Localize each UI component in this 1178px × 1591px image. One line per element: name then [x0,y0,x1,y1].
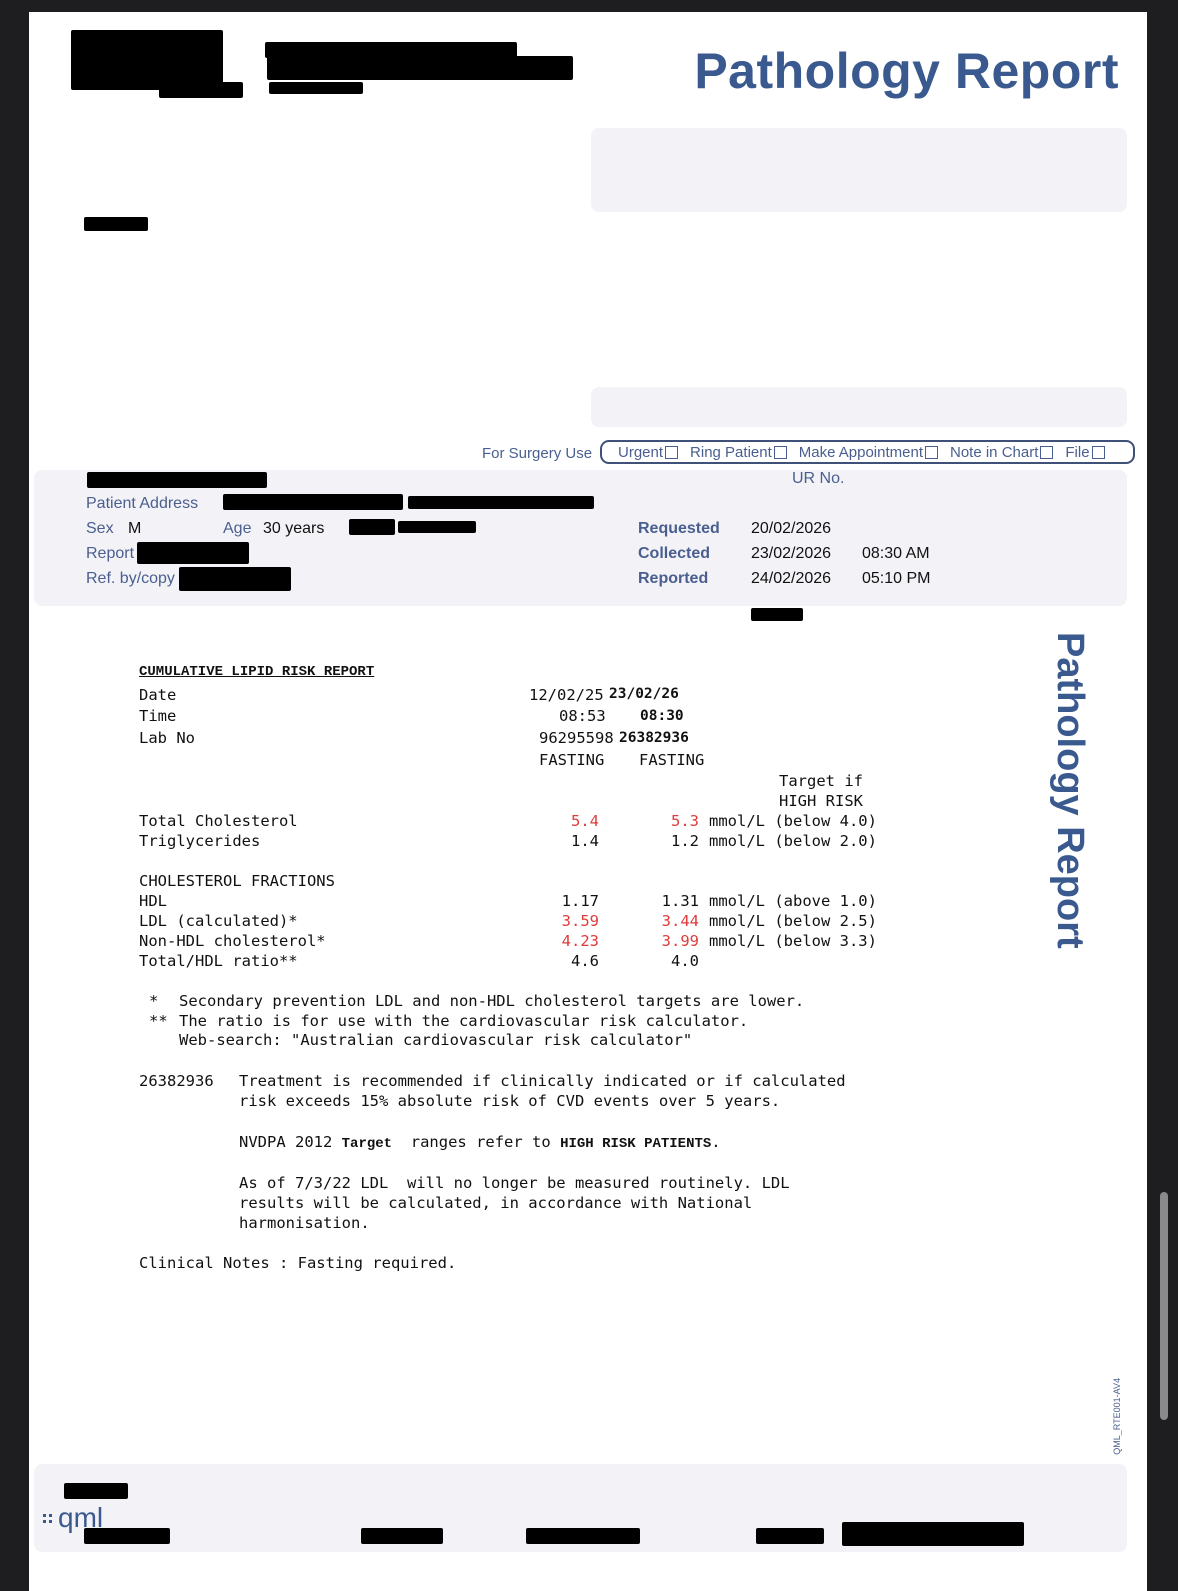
comment-1a: Treatment is recommended if clinically i… [239,1072,846,1090]
collected-time: 08:30 AM [862,545,930,563]
fractions-heading: CHOLESTEROL FRACTIONS [139,872,335,890]
page-title: Pathology Report [694,42,1119,100]
result-value-1: 5.4 [571,812,599,830]
result-value-2: 5.3 [671,812,699,830]
sex-label: Sex [86,520,114,538]
option-ring-patient[interactable]: Ring Patient [690,444,787,461]
clinical-notes: Clinical Notes : Fasting required. [139,1254,456,1272]
redacted-dob-2 [398,521,476,533]
redacted-footer-2 [84,1528,170,1544]
result-value-2: 3.99 [662,932,699,950]
redacted-address-1 [223,494,403,510]
result-name: Total/HDL ratio** [139,952,298,970]
comment-3c: harmonisation. [239,1214,370,1232]
comment-1b: risk exceeds 15% absolute risk of CVD ev… [239,1092,780,1110]
ref-label: Ref. by/copy [86,570,175,588]
footnote-2: The ratio is for use with the cardiovasc… [179,1012,748,1030]
checkbox-urgent[interactable] [665,446,678,459]
col2-status: FASTING [639,751,704,769]
scrollbar[interactable] [1160,1192,1168,1420]
address-panel [591,128,1127,212]
requested-date: 20/02/2026 [751,520,831,538]
result-value-2: 3.44 [662,912,699,930]
collected-label: Collected [638,545,710,563]
checkbox-note-in-chart[interactable] [1040,446,1053,459]
redacted-logo-sub [159,82,243,98]
age-value: 30 years [263,520,324,538]
target-header-1: Target if [779,772,863,790]
redacted-report-to [137,542,249,564]
footnote-1-mark: * [149,992,158,1010]
checkbox-ring-patient[interactable] [774,446,787,459]
option-note-in-chart[interactable]: Note in Chart [950,444,1053,461]
surgery-use-options: Urgent Ring Patient Make Appointment Not… [600,440,1135,464]
collected-date: 23/02/2026 [751,545,831,563]
redacted-patient-name [87,472,267,488]
lab-no-label: Lab No [139,729,195,747]
redacted-footer-1 [64,1483,128,1499]
target-header-2: HIGH RISK [779,792,863,810]
sex-value: M [128,520,141,538]
redacted-address-2 [408,496,594,509]
report-heading: CUMULATIVE LIPID RISK REPORT [139,664,374,680]
col2-time: 08:30 [640,708,684,724]
redacted-ref-by [179,567,291,591]
result-value-1: 1.17 [562,892,599,910]
comment-3b: results will be calculated, in accordanc… [239,1194,752,1212]
barcode-panel [591,387,1127,427]
reported-time: 05:10 PM [862,570,930,588]
footnote-1: Secondary prevention LDL and non-HDL cho… [179,992,804,1010]
result-unit-target: mmol/L (below 3.3) [709,932,877,950]
logo-dots-icon [43,1514,52,1523]
result-value-2: 4.0 [671,952,699,970]
result-value-2: 1.31 [662,892,699,910]
redacted-lab-address [267,56,573,80]
result-value-1: 1.4 [571,832,599,850]
redacted-dob-1 [349,519,395,535]
reported-date: 24/02/2026 [751,570,831,588]
redacted-ur-code [751,608,803,621]
redacted-logo [71,30,223,90]
redacted-doctor [84,217,148,231]
time-label: Time [139,707,176,725]
result-value-1: 3.59 [562,912,599,930]
result-name: Total Cholesterol [139,812,298,830]
redacted-footer-4 [526,1528,640,1544]
redacted-lab-phone [269,82,363,94]
result-value-2: 1.2 [671,832,699,850]
col1-status: FASTING [539,751,604,769]
footnote-2-mark: ** [149,1012,168,1030]
form-code: QML_RTE001-AV4 [1112,1378,1122,1455]
result-unit-target: mmol/L (below 2.0) [709,832,877,850]
comment-3a: As of 7/3/22 LDL will no longer be measu… [239,1174,790,1192]
report-label: Report [86,545,134,563]
reported-label: Reported [638,570,708,588]
result-unit-target: mmol/L (below 2.5) [709,912,877,930]
redacted-footer-6 [842,1522,1024,1546]
col2-date: 23/02/26 [609,686,679,702]
col2-lab-no: 26382936 [619,730,689,746]
result-name: Triglycerides [139,832,260,850]
date-label: Date [139,686,176,704]
surgery-use-label: For Surgery Use [482,445,592,462]
comment-2: NVDPA 2012 Target ranges refer to HIGH R… [239,1133,721,1152]
footnote-3: Web-search: "Australian cardiovascular r… [179,1031,692,1049]
result-unit-target: mmol/L (below 4.0) [709,812,877,830]
side-title: Pathology Report [1048,632,1091,949]
result-value-1: 4.6 [571,952,599,970]
col1-date: 12/02/25 [529,686,604,704]
redacted-footer-3 [361,1528,443,1544]
age-label: Age [223,520,251,538]
result-name: HDL [139,892,167,910]
col1-lab-no: 96295598 [539,729,614,747]
result-unit-target: mmol/L (above 1.0) [709,892,877,910]
result-name: Non-HDL cholesterol* [139,932,326,950]
redacted-footer-5 [756,1528,824,1544]
checkbox-make-appointment[interactable] [925,446,938,459]
requested-label: Requested [638,520,720,538]
ur-no-label: UR No. [792,470,844,488]
result-value-1: 4.23 [562,932,599,950]
option-make-appointment[interactable]: Make Appointment [799,444,938,461]
option-file[interactable]: File [1065,444,1104,461]
checkbox-file[interactable] [1092,446,1105,459]
result-name: LDL (calculated)* [139,912,298,930]
option-urgent[interactable]: Urgent [618,444,678,461]
patient-address-label: Patient Address [86,495,198,513]
comment-lab-no: 26382936 [139,1072,214,1090]
col1-time: 08:53 [559,707,606,725]
report-page: Pathology Report For Surgery Use Urgent … [29,12,1147,1591]
